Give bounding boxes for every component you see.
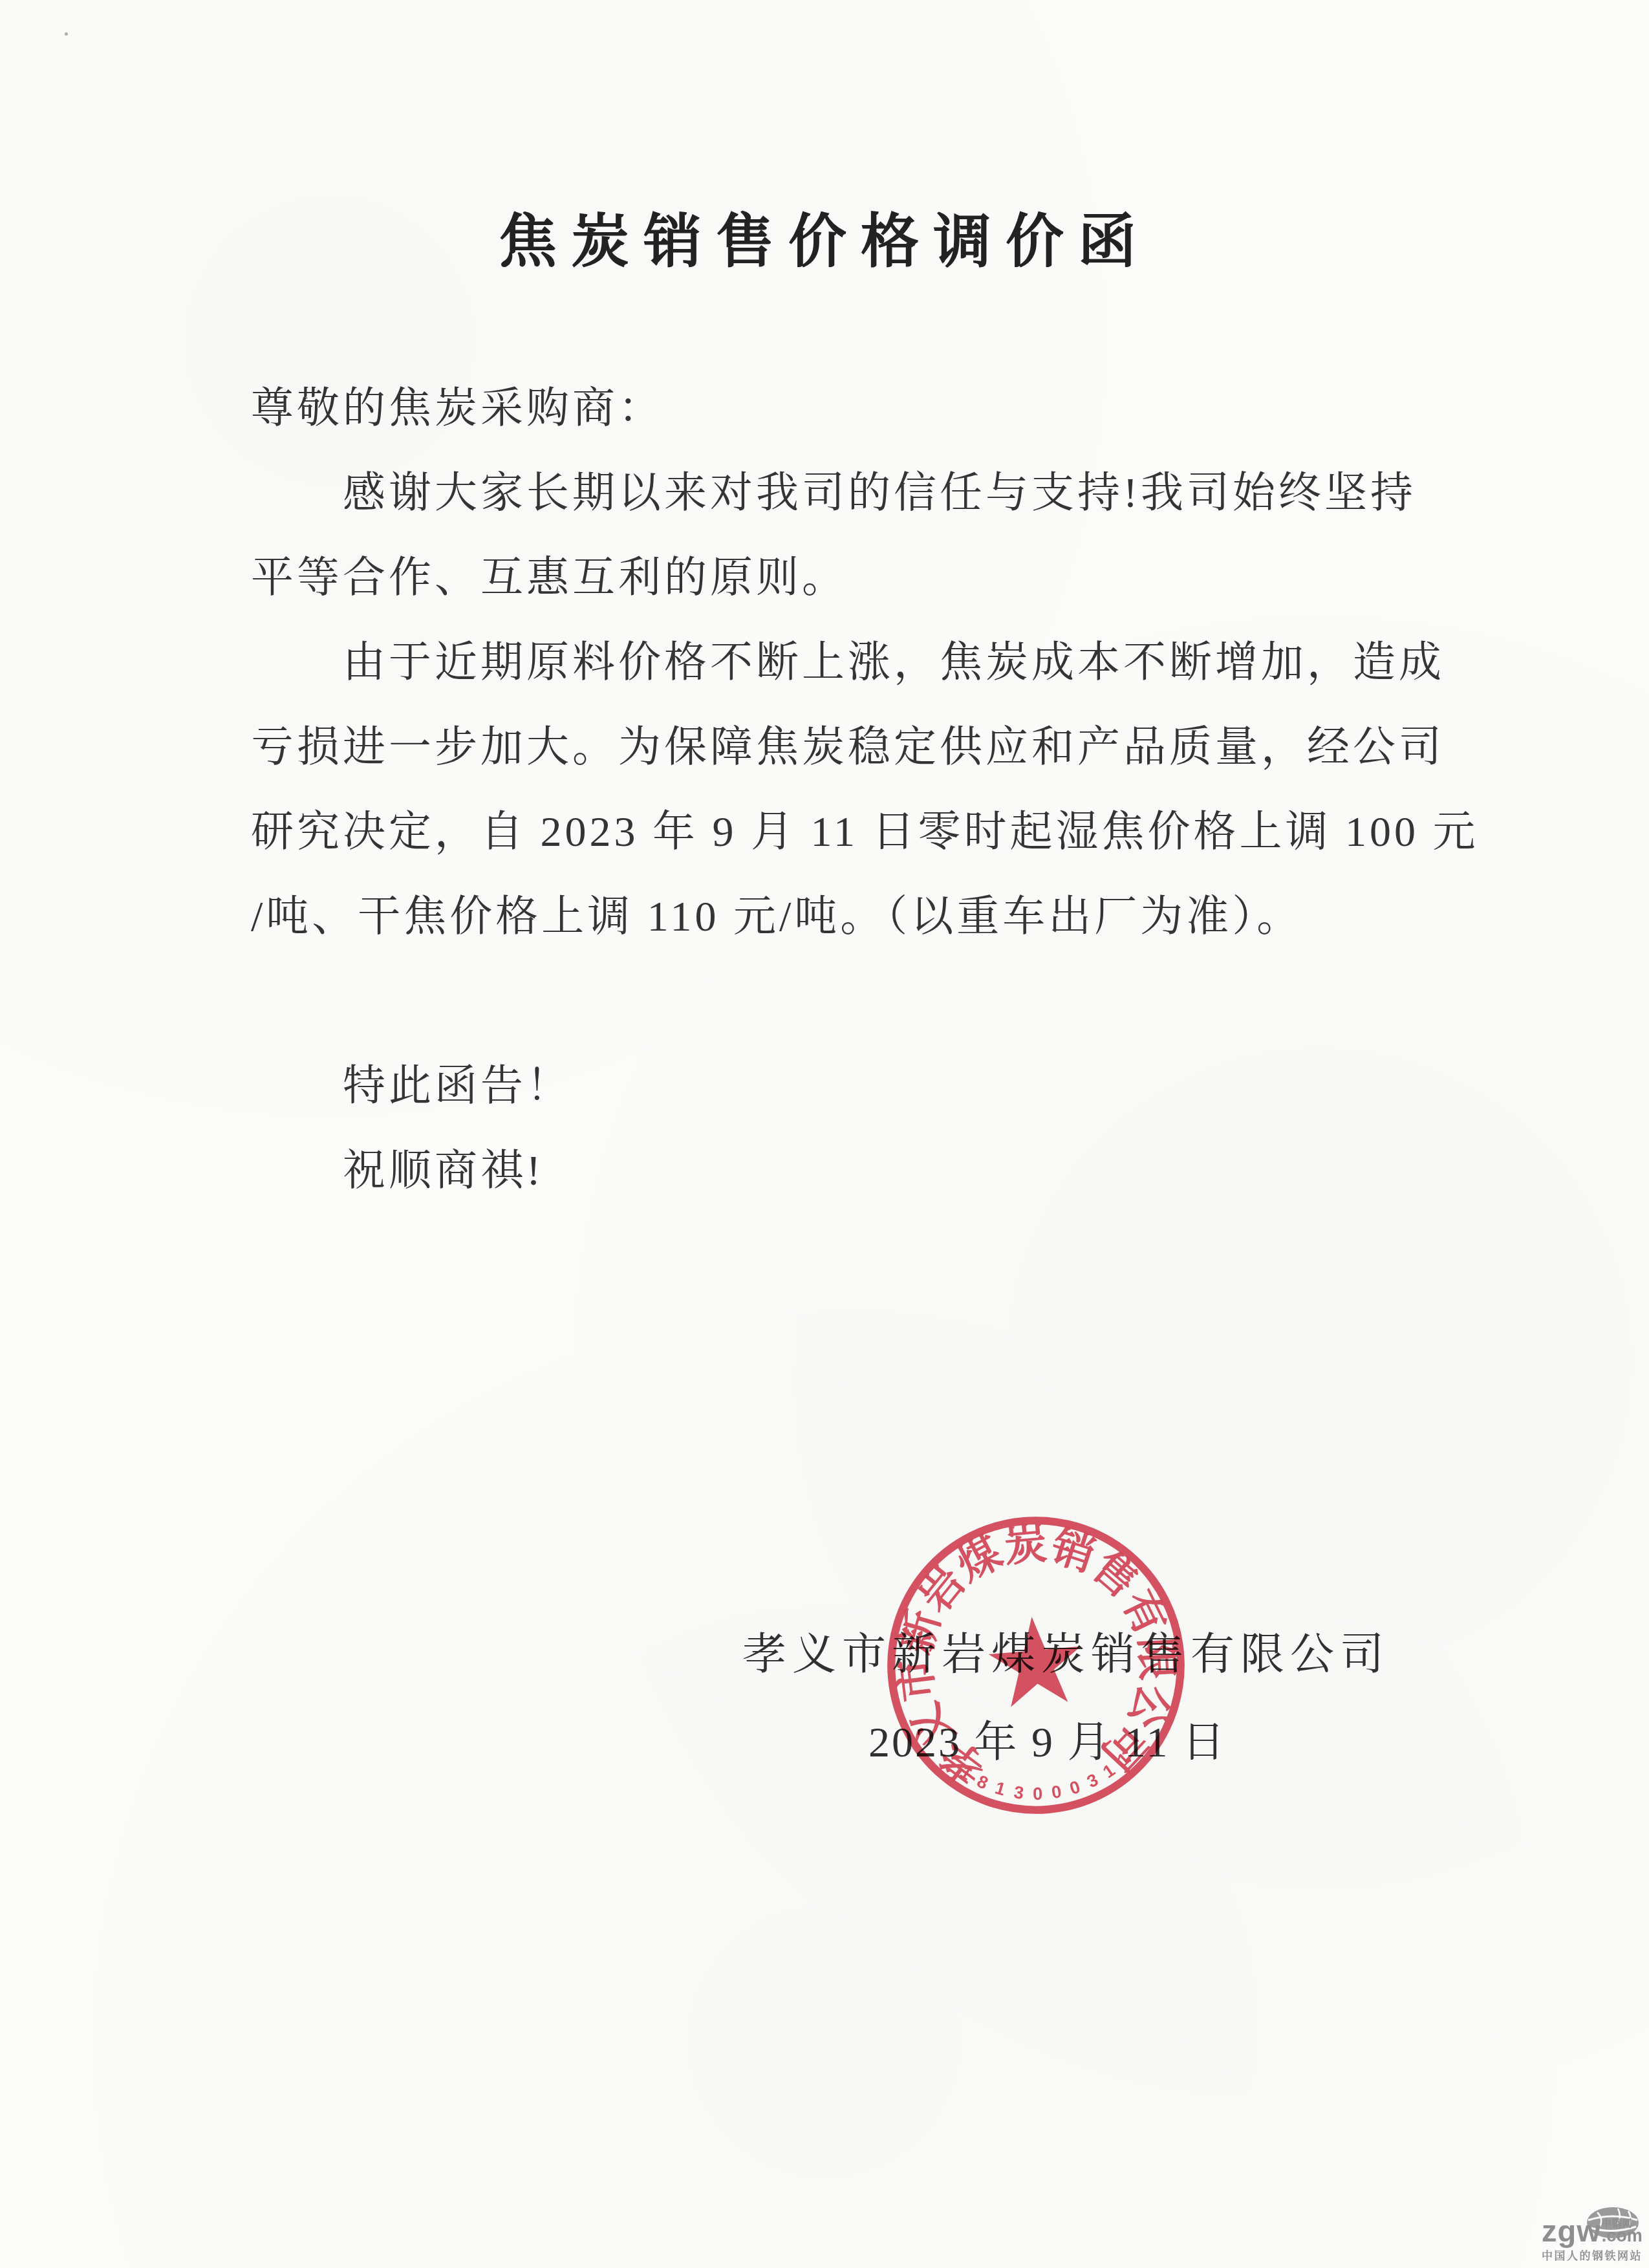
zgw-logo-com: .com	[1602, 2229, 1643, 2243]
seal-serial-digit: 3	[1013, 1782, 1025, 1803]
zgw-logo-text: zgw	[1542, 2219, 1601, 2243]
seal-serial-digit: 0	[1033, 1784, 1043, 1804]
body-line: 尊敬的焦炭采购商：	[251, 366, 1428, 451]
seal-serial-digit: 0	[1050, 1781, 1063, 1802]
body-line: 亏损进一步加大。为保障焦炭稳定供应和产品质量，经公司	[251, 705, 1428, 790]
seal-serial-digit: 3	[1084, 1769, 1101, 1792]
seal-arc-char: 市	[891, 1656, 943, 1703]
body-line: /吨、干焦价格上调 110 元/吨。（以重车出厂为准）。	[251, 874, 1428, 959]
zgw-watermark: zgw 中钢网 .com 中国人的钢铁网站	[1542, 2207, 1644, 2263]
seal-serial-digit: 0	[1067, 1777, 1083, 1798]
seal-serial-digit: 1	[993, 1778, 1008, 1800]
scan-speck	[65, 32, 68, 36]
body-line: 研究决定，自 2023 年 9 月 11 日零时起湿焦价格上调 100 元	[251, 790, 1428, 874]
company-seal-stamp: 孝义市新岩煤炭销售有限公司 1813000311	[871, 1500, 1200, 1830]
body-line: 由于近期原料价格不断上涨，焦炭成本不断增加，造成	[251, 620, 1428, 705]
body-line: 特此函告！	[251, 1044, 1428, 1129]
body-text: 尊敬的焦炭采购商：感谢大家长期以来对我司的信任与支持!我司始终坚持平等合作、互惠…	[251, 366, 1428, 1213]
body-line: 祝顺商祺!	[251, 1129, 1428, 1213]
seal-star-icon	[986, 1613, 1085, 1709]
seal-arc-char: 炭	[1002, 1520, 1049, 1571]
seal-arc-char: 限	[1131, 1637, 1180, 1682]
company-seal-svg: 孝义市新岩煤炭销售有限公司 1813000311	[871, 1500, 1200, 1830]
body-line: 平等合作、互惠互利的原则。	[251, 535, 1428, 620]
zgw-tagline: 中国人的钢铁网站	[1542, 2247, 1644, 2263]
body-line: 感谢大家长期以来对我司的信任与支持!我司始终坚持	[251, 451, 1428, 535]
zgw-logo: zgw 中钢网 .com	[1542, 2219, 1644, 2243]
page-title: 焦炭销售价格调价函	[0, 194, 1649, 278]
scanned-letter-page: 焦炭销售价格调价函 尊敬的焦炭采购商：感谢大家长期以来对我司的信任与支持!我司始…	[0, 0, 1649, 2268]
